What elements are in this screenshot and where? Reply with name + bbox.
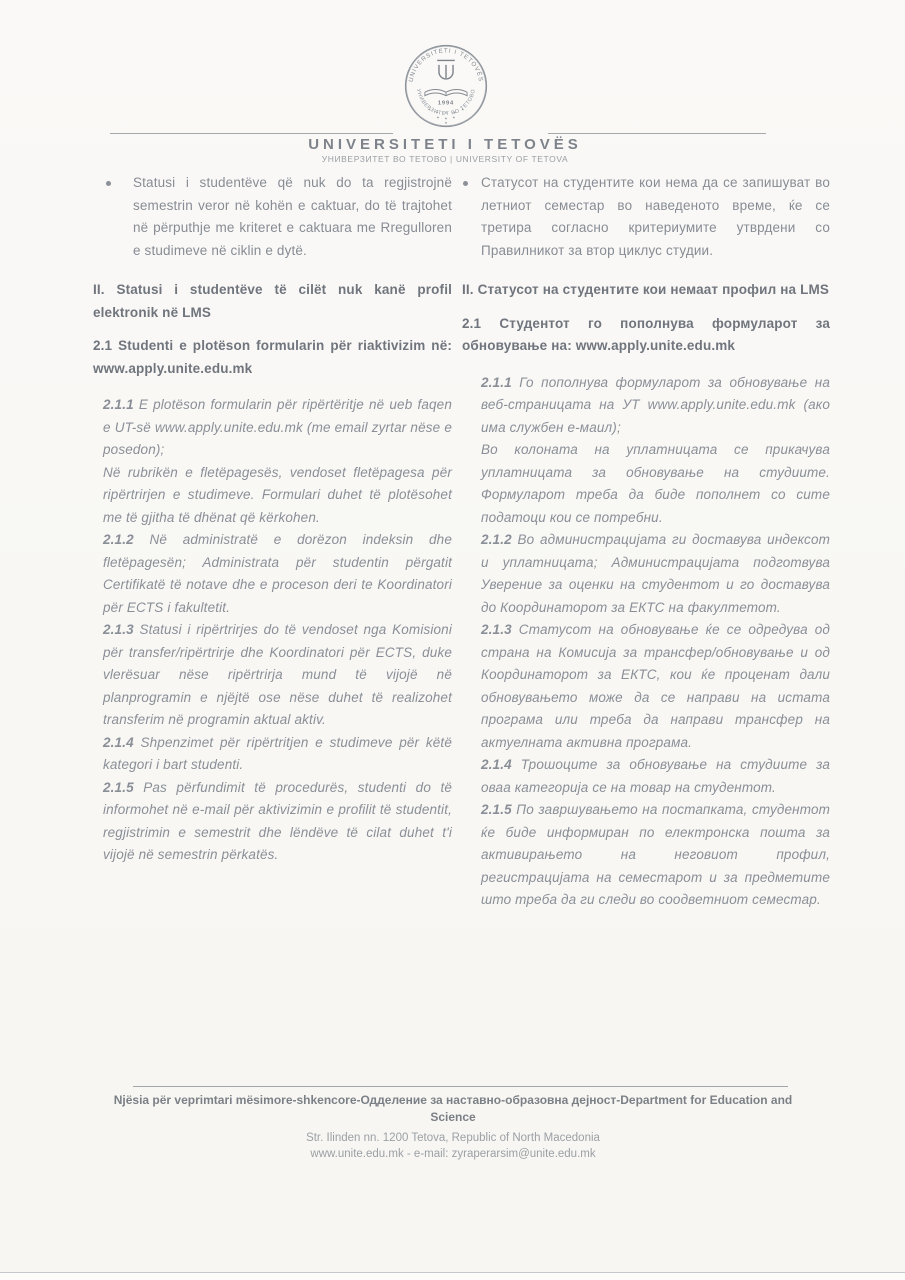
clause-text: E plotëson formularin për ripërtëritje n… [103, 397, 452, 457]
clause-2-1-4-mk: 2.1.4 Трошоците за обновување на студиит… [481, 754, 830, 799]
scanned-document-page: UNIVERSITETI I TETOVËS УНИВЕРЗИТЕТ ВО ТЕ… [0, 0, 905, 1280]
bullet-text-mk: Статусот на студентите кои нема да се за… [481, 172, 830, 262]
clause-number: 2.1.2 [481, 532, 512, 547]
column-albanian: Statusi i studentëve që nuk do ta regjis… [93, 172, 452, 912]
footer-web-line: www.unite.edu.mk - e-mail: zyraperarsim@… [113, 1146, 793, 1162]
clause-number: 2.1.5 [481, 802, 512, 817]
clause-text: Në administratë e dorëzon indeksin dhe f… [103, 532, 452, 615]
clause-text: По завршувањето на постапката, студентот… [481, 802, 830, 907]
clause-text: Statusi i ripërtrirjes do të vendoset ng… [103, 622, 452, 727]
clause-text: Го пополнува формуларот за обновување на… [481, 375, 830, 435]
clause-2-1-2-mk: 2.1.2 Во администрацијата ги доставува и… [481, 529, 830, 619]
footer-department-line: Njësia për veprimtari mësimore-shkencore… [113, 1092, 793, 1126]
bullet-text-sq: Statusi i studentëve që nuk do ta regjis… [133, 172, 452, 262]
clause-number: 2.1.3 [481, 622, 512, 637]
footer-rule [133, 1086, 788, 1087]
clause-text: Статусот на обновување ќе се одредува од… [481, 622, 830, 750]
bullet-paragraph-sq: Statusi i studentëve që nuk do ta regjis… [93, 172, 452, 262]
section-ii-heading-mk: II. Статусот на студентите кои немаат пр… [462, 279, 830, 302]
section-ii-heading-sq: II. Statusi i studentëve të cilët nuk ka… [93, 279, 452, 324]
svg-text:★: ★ [444, 121, 448, 125]
clause-2-1-2-sq: 2.1.2 Në administratë e dorëzon indeksin… [103, 529, 452, 619]
scan-edge-margin [0, 1273, 905, 1280]
clause-2-1-1-cont-mk: Во колоната на уплатницата се прикачува … [481, 439, 830, 529]
clauses-sq: 2.1.1 E plotëson formularin për ripërtër… [93, 394, 452, 867]
section-21-heading-mk: 2.1 Студентот го пополнува формуларот за… [462, 313, 830, 358]
clauses-mk: 2.1.1 Го пополнува формуларот за обновув… [462, 372, 830, 912]
clause-text: Во колоната на уплатницата се прикачува … [481, 442, 830, 525]
clause-text: Shpenzimet për ripërtritjen e studimeve … [103, 735, 452, 773]
clause-text: Në rubrikën e fletëpagesës, vendoset fle… [103, 465, 452, 525]
clause-number: 2.1.4 [481, 757, 512, 772]
clause-text: Трошоците за обновување на студиите за о… [481, 757, 830, 795]
clause-2-1-3-mk: 2.1.3 Статусот на обновување ќе се одред… [481, 619, 830, 754]
column-macedonian: Статусот на студентите кои нема да се за… [462, 172, 830, 912]
clause-2-1-5-sq: 2.1.5 Pas përfundimit të procedurës, stu… [103, 777, 452, 867]
clause-number: 2.1.3 [103, 622, 134, 637]
seal-open-book [425, 90, 467, 96]
bullet-paragraph-mk: Статусот на студентите кои нема да се за… [462, 172, 830, 262]
university-seal-icon: UNIVERSITETI I TETOVËS УНИВЕРЗИТЕТ ВО ТЕ… [402, 42, 490, 130]
clause-2-1-1-mk: 2.1.1 Го пополнува формуларот за обновув… [481, 372, 830, 440]
clause-number: 2.1.4 [103, 735, 134, 750]
clause-2-1-3-sq: 2.1.3 Statusi i ripërtrirjes do të vendo… [103, 619, 452, 732]
seal-year: 1994 [438, 100, 454, 106]
bullet-icon [462, 172, 481, 262]
university-name: UNIVERSITETI I TETOVËS [245, 136, 645, 153]
header-rule-left [110, 133, 393, 134]
clause-text: Во администрацијата ги доставува индексо… [481, 532, 830, 615]
clause-text: Pas përfundimit të procedurës, studenti … [103, 780, 452, 863]
document-body: Statusi i studentëve që nuk do ta regjis… [93, 172, 830, 912]
clause-number: 2.1.5 [103, 780, 134, 795]
footer-address-line: Str. Ilinden nn. 1200 Tetova, Republic o… [113, 1130, 793, 1146]
clause-number: 2.1.1 [481, 375, 512, 390]
footer: Njësia për veprimtari mësimore-shkencore… [113, 1092, 793, 1162]
clause-number: 2.1.2 [103, 532, 134, 547]
svg-text:★: ★ [452, 116, 456, 120]
clause-number: 2.1.1 [103, 397, 134, 412]
clause-2-1-4-sq: 2.1.4 Shpenzimet për ripërtritjen e stud… [103, 732, 452, 777]
clause-2-1-5-mk: 2.1.5 По завршувањето на постапката, сту… [481, 799, 830, 912]
clause-2-1-1-sq: 2.1.1 E plotëson formularin për ripërtër… [103, 394, 452, 462]
svg-text:★: ★ [444, 116, 448, 120]
bullet-icon [93, 172, 133, 262]
seal-torch-glyph [437, 60, 455, 78]
university-subtitle: УНИВЕРЗИТЕТ ВО ТЕТОВО | UNIVERSITY OF TE… [245, 154, 645, 164]
header-rule-right [548, 133, 766, 134]
clause-2-1-1-cont-sq: Në rubrikën e fletëpagesës, vendoset fle… [103, 462, 452, 530]
section-21-heading-sq: 2.1 Studenti e plotëson formularin për r… [93, 335, 452, 380]
